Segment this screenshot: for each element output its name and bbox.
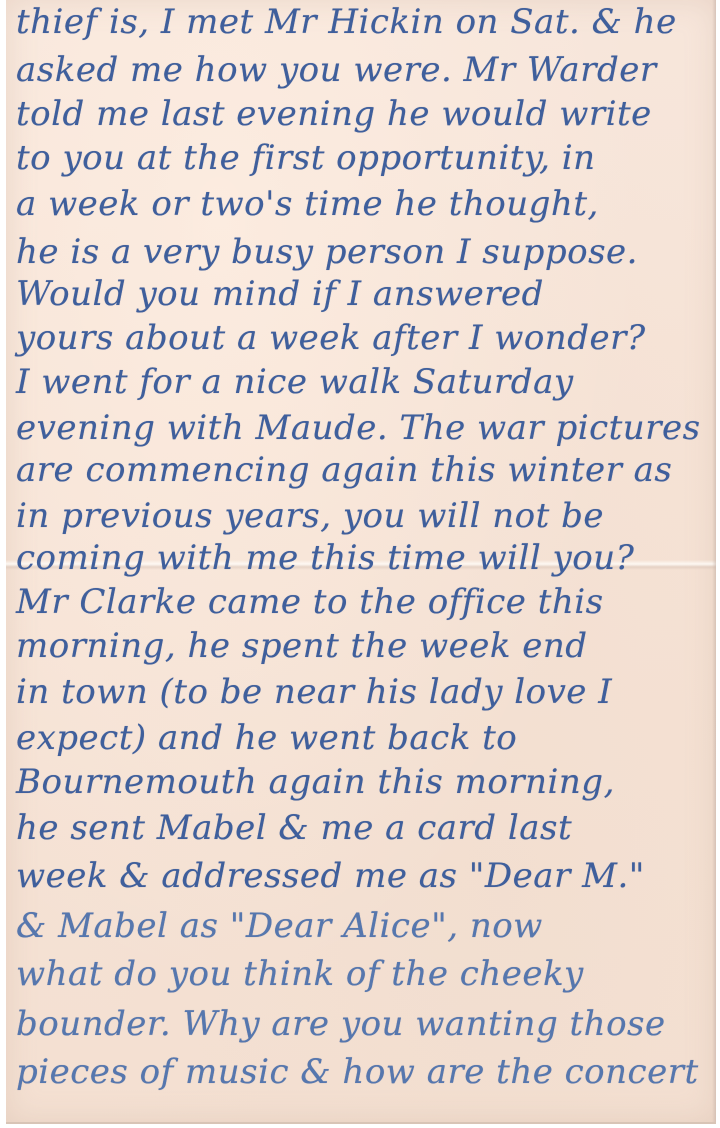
- text-line: he sent Mabel & me a card last: [16, 808, 572, 848]
- text-line: thief is, I met Mr Hickin on Sat. & he: [16, 2, 677, 42]
- text-line: are commencing again this winter as: [16, 450, 672, 490]
- text-line: a week or two's time he thought,: [16, 184, 599, 224]
- text-line: pieces of music & how are the concert: [16, 1052, 699, 1092]
- text-line: in town (to be near his lady love I: [16, 672, 612, 712]
- text-line: in previous years, you will not be: [16, 496, 604, 536]
- text-line: Bournemouth again this morning,: [16, 762, 615, 802]
- text-line: what do you think of the cheeky: [16, 954, 584, 994]
- text-line: I went for a nice walk Saturday: [16, 362, 574, 402]
- letter-page: thief is, I met Mr Hickin on Sat. & he a…: [6, 0, 716, 1124]
- paper-edge: [712, 0, 716, 1122]
- text-line: coming with me this time will you?: [16, 538, 634, 578]
- text-line: told me last evening he would write: [16, 94, 652, 134]
- text-line: he is a very busy person I suppose.: [16, 232, 638, 272]
- text-line: yours about a week after I wonder?: [16, 318, 646, 358]
- text-line: expect) and he went back to: [16, 718, 517, 758]
- text-line: asked me how you were. Mr Warder: [16, 50, 657, 90]
- text-line: bounder. Why are you wanting those: [16, 1004, 666, 1044]
- text-line: evening with Maude. The war pictures: [16, 408, 701, 448]
- text-line: morning, he spent the week end: [16, 626, 588, 666]
- text-line: & Mabel as "Dear Alice", now: [16, 906, 543, 946]
- text-line: to you at the first opportunity, in: [16, 138, 595, 178]
- text-line: Mr Clarke came to the office this: [16, 582, 604, 622]
- text-line: Would you mind if I answered: [16, 274, 544, 314]
- text-line: week & addressed me as "Dear M.": [16, 856, 645, 896]
